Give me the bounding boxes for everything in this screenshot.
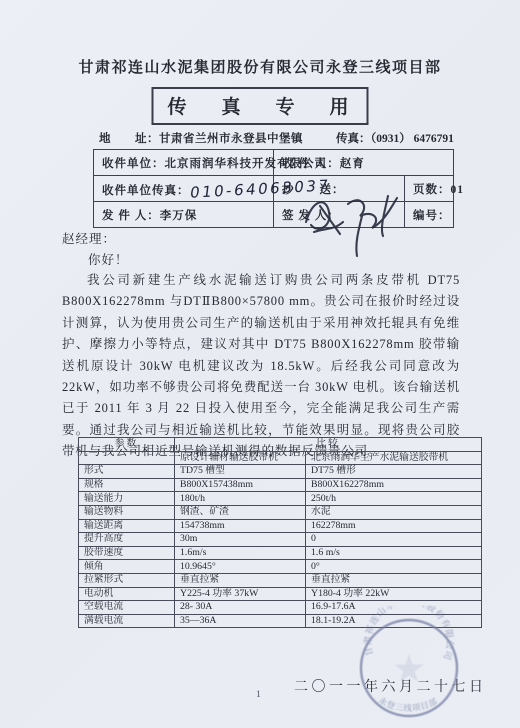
col1-cell: 钢渣、矿渣 [175,505,306,519]
param-cell: 输送能力 [79,492,175,506]
col2-cell: B800X162278mm [306,478,482,492]
fax-dedicated-stamp-box: 传 真 专 用 [151,87,368,125]
param-cell: 形式 [79,465,175,479]
table-row: 提升高度30m0 [79,533,482,547]
table-row: 拉紧形式垂直拉紧垂直拉紧 [79,573,482,587]
table-row: 收件单位：北京雨润华科技开发有限公司 收 件 人：赵育 [94,150,454,176]
pages-cell: 页数：01 [405,176,454,202]
col1-cell: 28- 30A [175,601,306,615]
table-row: 胶带速度1.6m/s1.6 m/s [79,546,482,560]
param-cell: 电动机 [79,587,175,601]
letter-body-paragraph: 我公司新建生产线水泥输送订购贵公司两条皮带机 DT75 B800X162278m… [62,270,460,463]
official-round-seal: 甘肃祁连山水泥集团股份有限公司 永登三线项目部 [350,606,468,728]
organization-title: 甘肃祁连山水泥集团股份有限公司永登三线项目部 [0,56,520,77]
param-cell: 空载电流 [79,601,175,615]
table-row: 规格B800X157438mmB800X162278mm [79,478,482,492]
letter-salutation: 赵经理： [62,229,116,247]
recipient-label: 收 件 人： [282,158,340,170]
col1-cell: 垂直拉紧 [175,573,306,587]
address-value: 甘肃省兰州市永登县中堡镇 [159,133,303,145]
col2-cell: 162278mm [306,519,482,533]
col1-cell: 35—36A [175,614,306,628]
param-cell: 提升高度 [79,533,175,547]
param-header-cell: 参数 [79,438,175,452]
sender-label: 发 件 人： [102,210,160,222]
recipient-org-label: 收件单位： [102,158,165,170]
col1-cell: 10.9645° [175,560,306,574]
address-label: 地 址： [99,133,159,145]
col2-cell: DT75 槽形 [306,465,482,479]
recipient-value: 赵育 [340,158,365,170]
param-cell: 满载电流 [79,614,175,628]
param-cell: 输送物料 [79,505,175,519]
sender-value: 李万保 [160,210,198,222]
number-label: 编号： [413,210,451,222]
col2-cell: 250t/h [306,492,482,506]
sender-cell: 发 件 人：李万保 [94,202,274,228]
table-header-row: 参数 比较 [79,438,482,452]
param-cell: 输送距离 [79,519,175,533]
table-row: 输送距离154738mm162278mm [79,519,482,533]
letter-greeting: 你好！ [88,250,129,268]
empty-cell [79,451,175,465]
col1-cell: 30m [175,533,306,547]
param-cell: 拉紧形式 [79,573,175,587]
col1-cell: 180t/h [175,492,306,506]
col2-cell: 0 [306,533,482,547]
fax-document-page: 甘肃祁连山水泥集团股份有限公司永登三线项目部 传 真 专 用 地 址：甘肃省兰州… [0,0,520,728]
col1-cell: 154738mm [175,519,306,533]
fax-number-line: 传真：（0931） 6476791 [336,130,454,146]
number-cell: 编号： [405,202,454,228]
comparison-table: 参数 比较 原设计辅材输送胶带机 北京雨润华生产水泥输送胶带机 形式TD75 槽… [78,437,482,628]
param-cell: 倾角 [79,560,175,574]
table-subheader-row: 原设计辅材输送胶带机 北京雨润华生产水泥输送胶带机 [79,451,482,465]
address-line: 地 址：甘肃省兰州市永登县中堡镇 [99,130,303,146]
fax-number-label: 传真： [336,133,371,145]
recipient-fax-cell: 收件单位传真：010-64063037 [94,176,274,202]
col1-cell: 1.6m/s [175,546,306,560]
col2-cell: 1.6 m/s [306,546,482,560]
col1-cell: TD75 槽型 [175,465,306,479]
pages-value: 01 [451,184,465,196]
recipient-cell: 收 件 人：赵育 [274,150,454,176]
table-row: 输送能力180t/h250t/h [79,492,482,506]
signature-scribble [300,188,410,260]
fax-number-value: （0931） 6476791 [371,133,454,145]
param-cell: 胶带速度 [79,546,175,560]
col1-header-cell: 原设计辅材输送胶带机 [175,451,306,465]
recipient-org-cell: 收件单位：北京雨润华科技开发有限公司 [94,150,274,176]
col2-cell: 0° [306,560,482,574]
param-cell: 规格 [79,478,175,492]
compare-header-cell: 比较 [175,438,482,452]
col1-cell: Y225-4 功率 37kW [175,587,306,601]
page-number: 1 [256,690,261,700]
pages-label: 页数： [413,184,451,196]
table-row: 输送物料钢渣、矿渣水泥 [79,505,482,519]
table-row: 形式TD75 槽型DT75 槽形 [79,465,482,479]
col2-cell: Y180-4 功率 22kW [306,587,482,601]
recipient-fax-label: 收件单位传真： [102,185,190,197]
table-row: 电动机Y225-4 功率 37kWY180-4 功率 22kW [79,587,482,601]
col2-cell: 水泥 [306,505,482,519]
col2-cell: 垂直拉紧 [306,573,482,587]
col1-cell: B800X157438mm [175,478,306,492]
table-row: 倾角10.9645°0° [79,560,482,574]
seal-star [394,654,423,682]
col2-header-cell: 北京雨润华生产水泥输送胶带机 [306,451,482,465]
